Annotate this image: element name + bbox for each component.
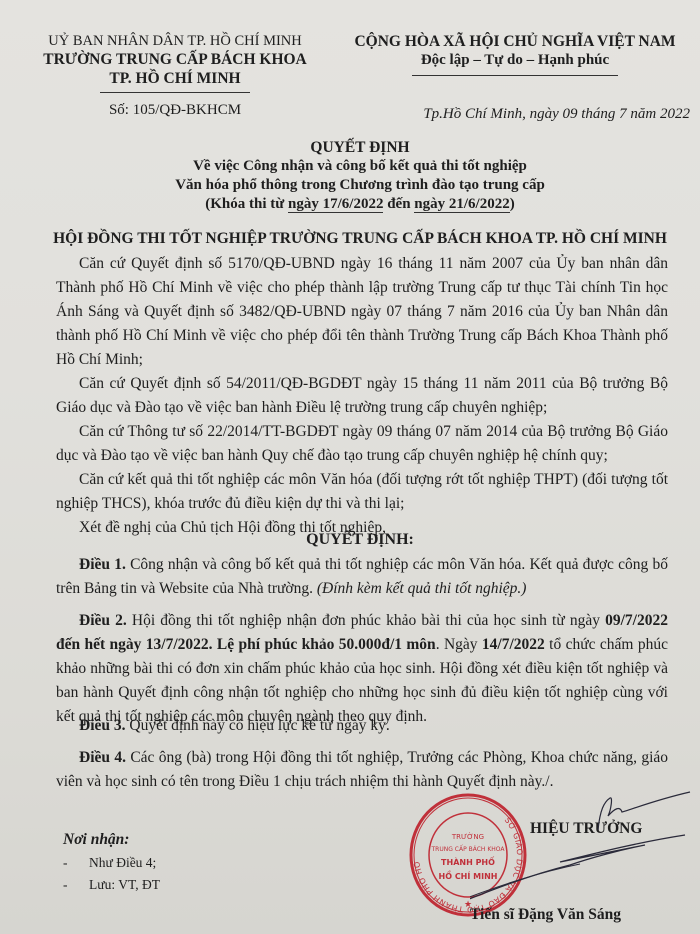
signature-icon	[470, 780, 700, 920]
decision-subject-line-2: Văn hóa phổ thông trong Chương trình đào…	[150, 176, 570, 195]
legal-basis-3: Căn cứ Thông tư số 22/2014/TT-BGDĐT ngày…	[56, 420, 668, 468]
council-heading: HỘI ĐỒNG THI TỐT NGHIỆP TRƯỜNG TRUNG CẤP…	[40, 230, 680, 248]
authority-line: UỶ BAN NHÂN DÂN TP. HỒ CHÍ MINH	[30, 32, 320, 50]
article-3-label: Điều 3.	[79, 717, 126, 734]
decision-title-block: QUYẾT ĐỊNH Về việc Công nhận và công bố …	[150, 138, 570, 214]
document-number: Số: 105/QĐ-BKHCM	[30, 102, 320, 119]
legal-basis-2: Căn cứ Quyết định số 54/2011/QĐ-BGDĐT ng…	[56, 372, 668, 420]
article-4-label: Điều 4.	[79, 749, 126, 766]
exam-period: (Khóa thi từ ngày 17/6/2022 đến ngày 21/…	[150, 195, 570, 214]
exam-end-date: ngày 21/6/2022	[414, 196, 509, 213]
country-name: CỘNG HÒA XÃ HỘI CHỦ NGHĨA VIỆT NAM	[330, 32, 700, 51]
article-2: Điều 2. Hội đồng thi tốt nghiệp nhận đơn…	[56, 609, 668, 729]
issuing-authority-header: UỶ BAN NHÂN DÂN TP. HỒ CHÍ MINH TRƯỜNG T…	[30, 32, 320, 93]
legal-basis-1: Căn cứ Quyết định số 5170/QĐ-UBND ngày 1…	[56, 252, 668, 372]
national-motto: Độc lập – Tự do – Hạnh phúc	[330, 51, 700, 70]
exam-start-date: ngày 17/6/2022	[288, 196, 383, 213]
signer-name: Tiến sĩ Đặng Văn Sáng	[470, 906, 621, 924]
recipients-title: Nơi nhận:	[63, 831, 160, 849]
article-1-label: Điều 1.	[79, 556, 126, 573]
school-name-line: TRƯỜNG TRUNG CẤP BÁCH KHOA	[30, 50, 320, 69]
decision-title: QUYẾT ĐỊNH	[150, 138, 570, 157]
recipients-block: Nơi nhận: -Như Điều 4; -Lưu: VT, ĐT	[63, 831, 160, 896]
article-3: Điều 3. Quyết định này có hiệu lực kể từ…	[56, 714, 668, 738]
header-left-rule	[100, 92, 250, 93]
decision-subject-line-1: Về việc Công nhận và công bố kết quả thi…	[150, 157, 570, 176]
document-date: Tp.Hồ Chí Minh, ngày 09 tháng 7 năm 2022	[385, 106, 690, 123]
school-city-line: TP. HỒ CHÍ MINH	[30, 69, 320, 88]
review-date: 14/7/2022	[482, 636, 545, 653]
recipient-item: -Như Điều 4;	[63, 852, 160, 874]
article-2-label: Điều 2.	[79, 612, 127, 629]
article-1: Điều 1. Công nhận và công bố kết quả thi…	[56, 553, 668, 601]
header-right-rule	[412, 75, 618, 76]
national-motto-header: CỘNG HÒA XÃ HỘI CHỦ NGHĨA VIỆT NAM Độc l…	[330, 32, 700, 76]
decide-heading: QUYẾT ĐỊNH:	[40, 531, 680, 549]
article-1-note: (Đính kèm kết quả thi tốt nghiệp.)	[317, 580, 527, 597]
recipient-item: -Lưu: VT, ĐT	[63, 874, 160, 896]
legal-basis-4: Căn cứ kết quả thi tốt nghiệp các môn Vă…	[56, 468, 668, 516]
